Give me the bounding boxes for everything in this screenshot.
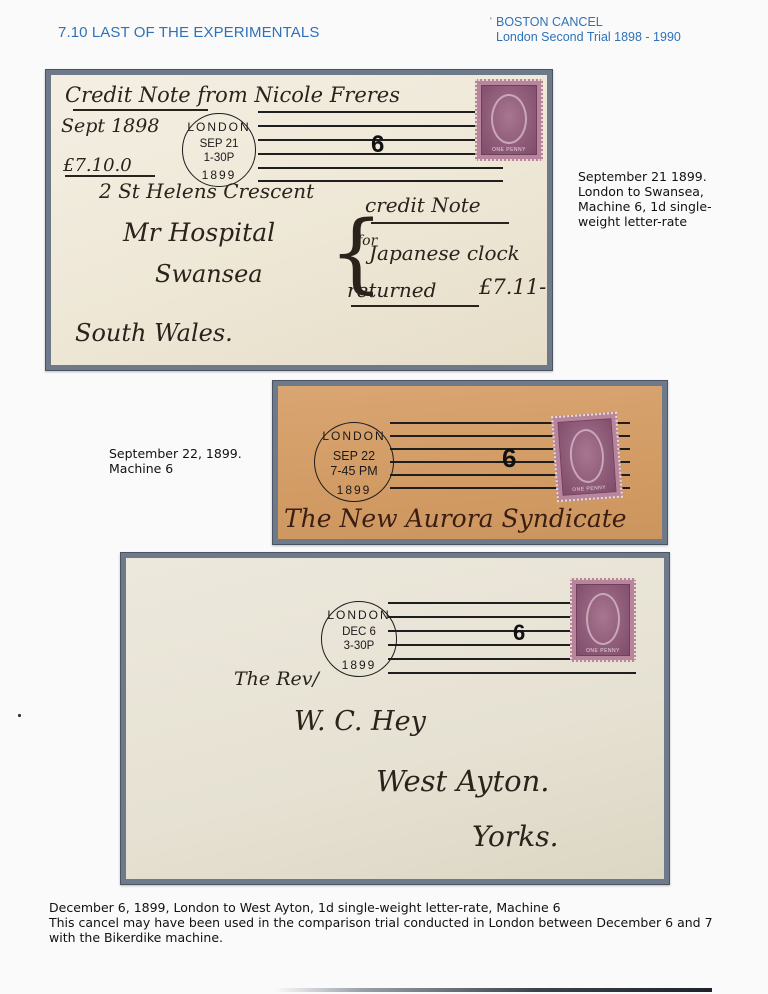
cover-1-handwriting-line-3: £7.10.0 [63, 155, 132, 176]
cover-1-handwriting-line-7: South Wales. [75, 319, 233, 347]
cover-1-note-1: credit Note [365, 193, 481, 217]
cover-1-frame: Credit Note from Nicole Freres Sept 1898… [45, 69, 553, 371]
cover-3-stamp: ONE PENNY [570, 578, 636, 662]
cover-2-stamp: ONE PENNY [551, 412, 623, 502]
page-title: 7.10 LAST OF THE EXPERIMENTALS [58, 24, 319, 41]
postmark-year: 1899 [322, 658, 396, 672]
underline [73, 109, 208, 111]
cover-1-handwriting-line-2: Sept 1898 [61, 115, 159, 137]
caption-line: London to Swansea, [578, 184, 712, 199]
postmark-year: 1899 [183, 168, 255, 182]
footer-line-2: This cancel may have been used in the co… [49, 915, 749, 930]
strike-line [65, 175, 155, 177]
cover-1-envelope: Credit Note from Nicole Freres Sept 1898… [51, 75, 547, 365]
cover-3-postmark: LONDON DEC 6 3-30P 1899 [321, 601, 397, 677]
caption-line: September 22, 1899. [109, 446, 242, 461]
queen-victoria-icon: ONE PENNY [576, 584, 630, 656]
cover-1-note-5: £7.11-0 [479, 275, 547, 299]
cover-2-machine-number: 6 [502, 443, 516, 474]
cover-3-handwriting-line-4: Yorks. [472, 820, 559, 853]
cover-3-handwriting-line-1: The Rev/ [234, 668, 319, 690]
cover-2-postmark: LONDON SEP 22 7-45 PM 1899 [314, 422, 394, 502]
cover-1-handwriting-line-1: Credit Note from Nicole Freres [65, 83, 400, 107]
subtitle-line-2: London Second Trial 1898 - 1990 [496, 30, 681, 45]
stamp-value: ONE PENNY [563, 484, 615, 494]
subtitle-line-1: BOSTON CANCEL [496, 15, 681, 30]
cover-1-note-4: returned [347, 278, 436, 302]
footer-line-3: with the Bikerdike machine. [49, 930, 749, 945]
postmark-date: SEP 22 [315, 449, 393, 463]
postmark-town: LONDON [183, 120, 255, 134]
queen-victoria-icon: ONE PENNY [481, 85, 537, 155]
postmark-date: SEP 21 [183, 138, 255, 150]
caption-line: Machine 6 [109, 461, 242, 476]
postmark-year: 1899 [315, 483, 393, 497]
postmark-time: 3-30P [322, 640, 396, 652]
cover-2-envelope: 6 LONDON SEP 22 7-45 PM 1899 ONE PENNY T… [278, 386, 662, 539]
stamp-value: ONE PENNY [577, 648, 629, 654]
cover-2-frame: 6 LONDON SEP 22 7-45 PM 1899 ONE PENNY T… [272, 380, 668, 545]
cover-3-handwriting-line-3: West Ayton. [376, 764, 550, 798]
postmark-date: DEC 6 [322, 626, 396, 638]
speck-mark [18, 714, 21, 717]
cover-3-machine-number: 6 [513, 620, 525, 646]
cover-1-handwriting-line-6: Swansea [155, 260, 263, 288]
postmark-time: 1-30P [183, 152, 255, 164]
footer-caption: December 6, 1899, London to West Ayton, … [49, 900, 749, 945]
section-subtitle: ' BOSTON CANCEL London Second Trial 1898… [496, 15, 681, 45]
caption-line: September 21 1899. [578, 169, 712, 184]
postmark-town: LONDON [315, 429, 393, 443]
cover-1-note-3: Japanese clock [369, 241, 520, 265]
queen-victoria-icon: ONE PENNY [557, 418, 616, 496]
caption-line: Machine 6, 1d single- [578, 199, 712, 214]
cover-1-machine-number: 6 [371, 131, 384, 159]
cover-3-handwriting-line-2: W. C. Hey [294, 706, 426, 737]
underline [351, 305, 479, 307]
postmark-town: LONDON [322, 608, 396, 622]
cover-1-postmark: LONDON SEP 21 1-30P 1899 [182, 113, 256, 187]
postmark-time: 7-45 PM [315, 464, 393, 478]
cover-3-envelope: 6 LONDON DEC 6 3-30P 1899 ONE PENNY The … [126, 558, 664, 879]
cover-1-handwriting-line-5: Mr Hospital [123, 218, 275, 247]
cover-3-frame: 6 LONDON DEC 6 3-30P 1899 ONE PENNY The … [120, 552, 670, 885]
underline [371, 222, 509, 224]
footer-line-1: December 6, 1899, London to West Ayton, … [49, 900, 749, 915]
caption-line: weight letter-rate [578, 214, 712, 229]
cover-1-stamp: ONE PENNY [475, 79, 543, 161]
cover-1-caption: September 21 1899. London to Swansea, Ma… [578, 169, 712, 229]
stamp-value: ONE PENNY [482, 147, 536, 153]
page-bottom-rule [275, 988, 712, 992]
cover-2-caption: September 22, 1899. Machine 6 [109, 446, 242, 476]
tick-mark: ' [490, 14, 492, 29]
cover-2-handwriting: The New Aurora Syndicate [284, 504, 627, 533]
